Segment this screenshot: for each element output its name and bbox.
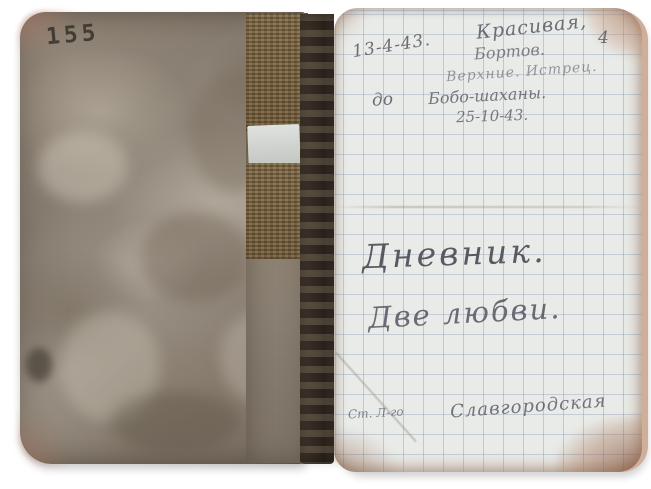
spine-burlap-middle	[246, 163, 308, 259]
spine-edge-strip	[300, 14, 334, 464]
photo-open-notebook: 155 13-4-43. Красивая, Бортов. Верхние. …	[0, 0, 651, 489]
page-worn-corner-bottom-right	[556, 416, 642, 472]
cover-dark-spot	[26, 348, 52, 382]
cover-worn-edge-bottom-left	[18, 406, 72, 466]
page-crease-horizontal	[334, 206, 642, 208]
cover-texture-blob	[110, 392, 240, 452]
handwriting-station-prefix: Ст. Л-го	[348, 405, 404, 422]
handwriting-date-bottom: 25-10-43.	[456, 106, 529, 127]
cover-texture-blob	[140, 212, 250, 302]
spine-burlap-top	[246, 13, 308, 131]
handwriting-preposition: до	[371, 89, 393, 110]
cover-texture-blob	[38, 132, 128, 202]
handwriting-page-number: 4	[598, 28, 609, 48]
notebook-title-page: 13-4-43. Красивая, Бортов. Верхние. Истр…	[334, 8, 642, 472]
handwriting-title-diary: Дневник.	[361, 231, 547, 276]
page-worn-corner-bottom-left	[334, 426, 400, 472]
inventory-stamp: 155	[45, 20, 101, 51]
spine-binding	[246, 13, 308, 463]
